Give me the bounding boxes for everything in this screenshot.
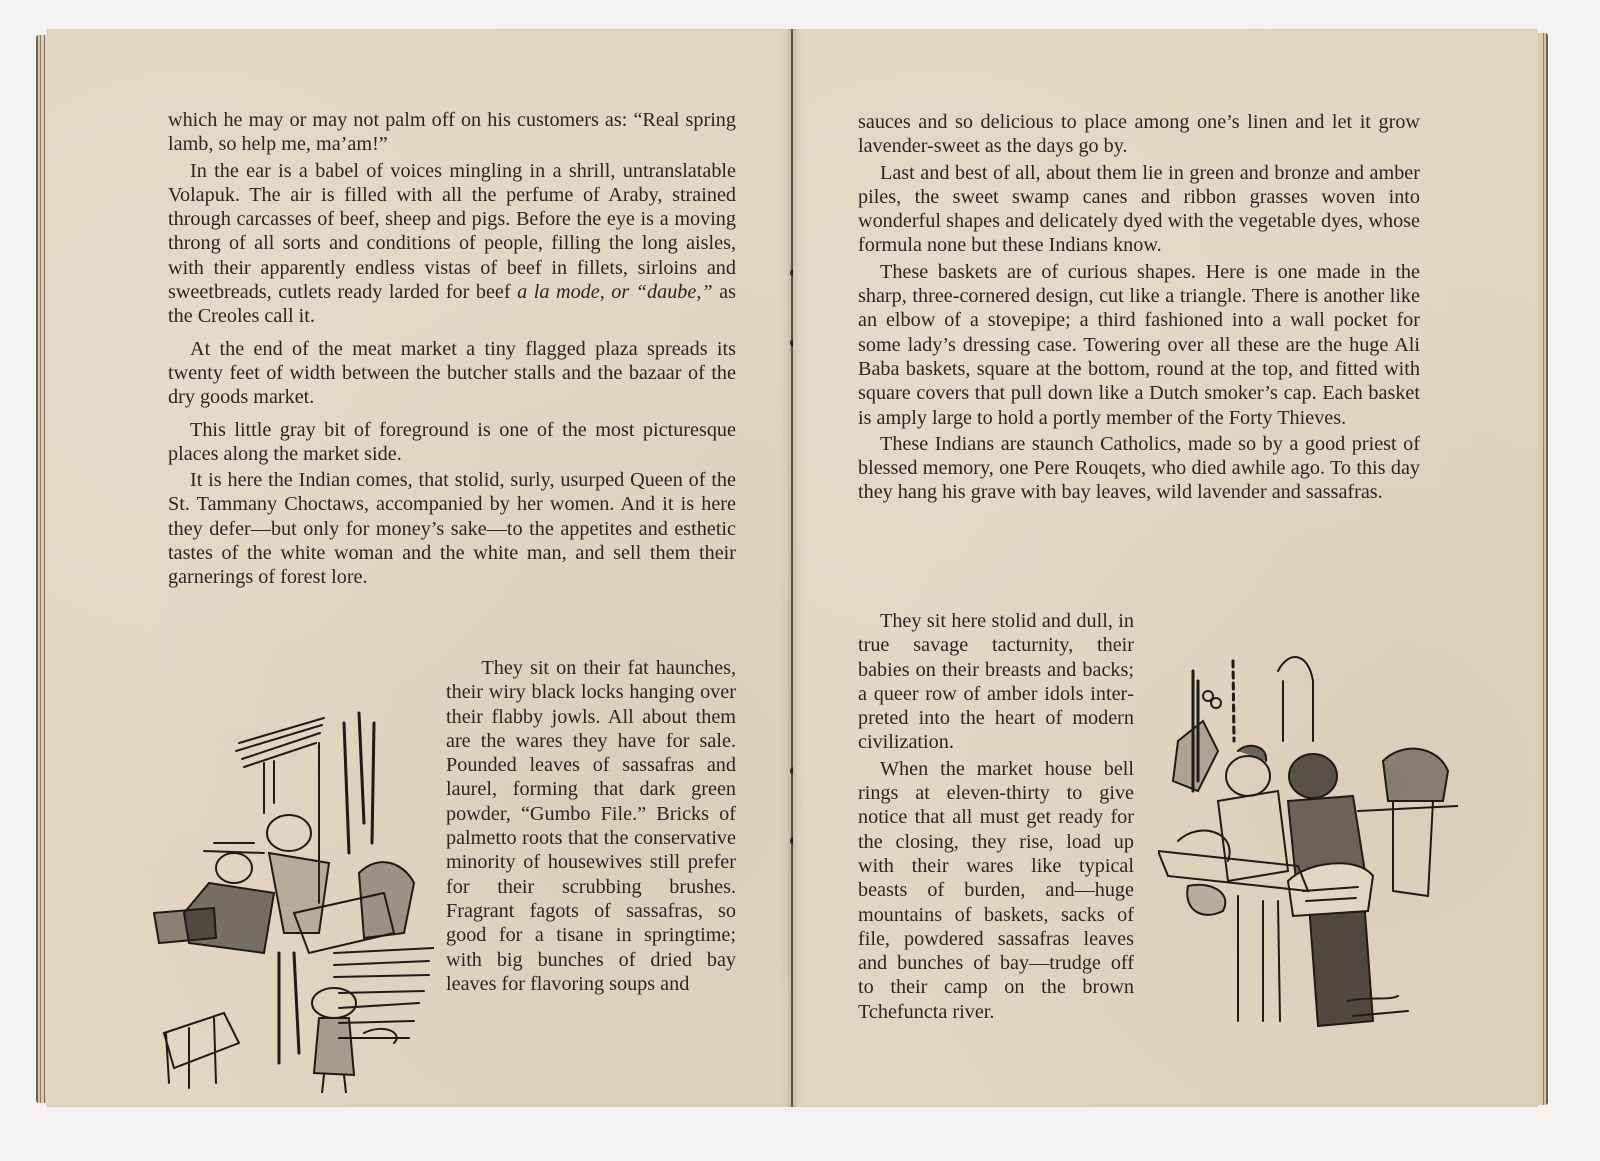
market-shoppers-illustration-icon [1158, 651, 1458, 1041]
italic-phrase: a la mode, or “daube,” [517, 281, 713, 303]
paragraph: These Indians are staunch Catholics, mad… [858, 432, 1420, 505]
market-vendors-illustration-icon [144, 703, 434, 1093]
left-page-text: which he may or may not palm off on his … [168, 108, 736, 598]
paragraph: It is here the Indian comes, that stolid… [168, 468, 736, 589]
open-booklet: which he may or may not palm off on his … [36, 29, 1548, 1111]
paragraph: At the end of the meat market a tiny fla… [168, 337, 736, 410]
paragraph: This little gray bit of foreground is on… [168, 418, 736, 467]
paragraph: sauces and so delicious to place among o… [858, 110, 1420, 159]
paragraph: These baskets are of curious shapes. Her… [858, 260, 1420, 430]
right-page-text: sauces and so delicious to place among o… [858, 110, 1420, 507]
right-page: sauces and so delicious to place among o… [793, 29, 1538, 1107]
paragraph: which he may or may not palm off on his … [168, 108, 736, 157]
left-page: which he may or may not palm off on his … [46, 29, 791, 1107]
paragraph: In the ear is a babel of voices mingling… [168, 159, 736, 329]
paragraph: Last and best of all, about them lie in … [858, 161, 1420, 258]
